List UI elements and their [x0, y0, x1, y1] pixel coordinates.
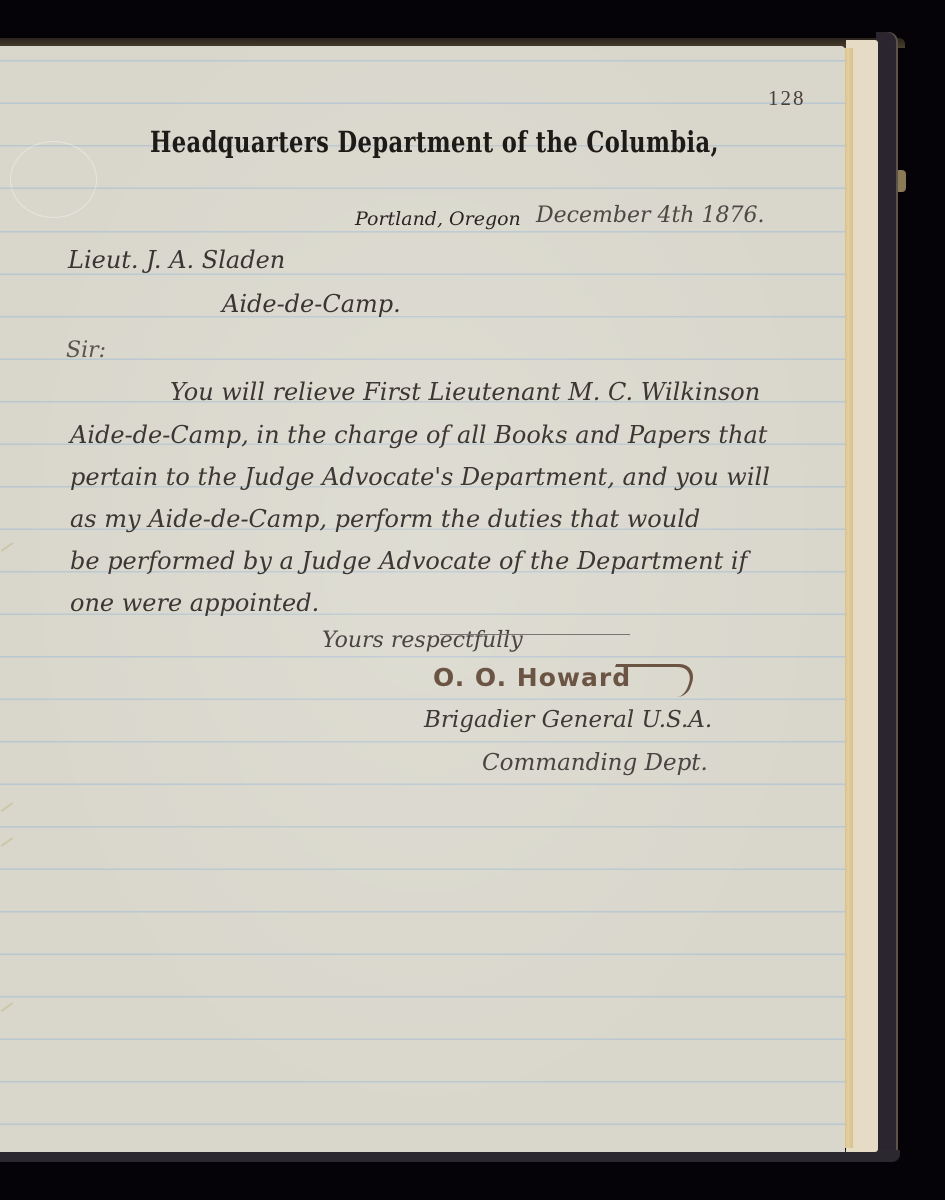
signature: O. O. Howard — [433, 663, 631, 692]
signer-role: Commanding Dept. — [482, 750, 708, 776]
binding-stitch — [1, 1002, 14, 1012]
binding-stitch — [1, 802, 14, 812]
binding-stitch — [1, 837, 14, 847]
addressee-name: Lieut. J. A. Sladen — [68, 246, 285, 274]
letter-place: Portland, Oregon — [355, 208, 521, 230]
letter-date: December 4th 1876. — [536, 203, 764, 228]
body-line: as my Aide-de-Camp, perform the duties t… — [70, 505, 700, 533]
binding-stitch — [1, 542, 14, 552]
book-cover-spine-edge — [876, 32, 898, 1162]
page-number: 128 — [768, 86, 806, 111]
embossed-seal — [10, 141, 97, 218]
cover-fray — [898, 170, 906, 192]
closing: Yours respectfully — [322, 628, 523, 653]
addressee-title: Aide-de-Camp. — [222, 290, 401, 318]
signature-flourish — [604, 664, 699, 697]
body-line: pertain to the Judge Advocate's Departme… — [70, 463, 770, 491]
body-line: be performed by a Judge Advocate of the … — [70, 547, 747, 575]
body-line: Aide-de-Camp, in the charge of all Books… — [70, 421, 767, 449]
signer-rank: Brigadier General U.S.A. — [424, 707, 712, 733]
letterhead-title: Headquarters Department of the Columbia, — [150, 125, 587, 159]
salutation: Sir: — [66, 338, 106, 363]
body-line: one were appointed. — [70, 589, 319, 617]
body-line: You will relieve First Lieutenant M. C. … — [170, 378, 760, 406]
closing-underline — [440, 634, 630, 635]
